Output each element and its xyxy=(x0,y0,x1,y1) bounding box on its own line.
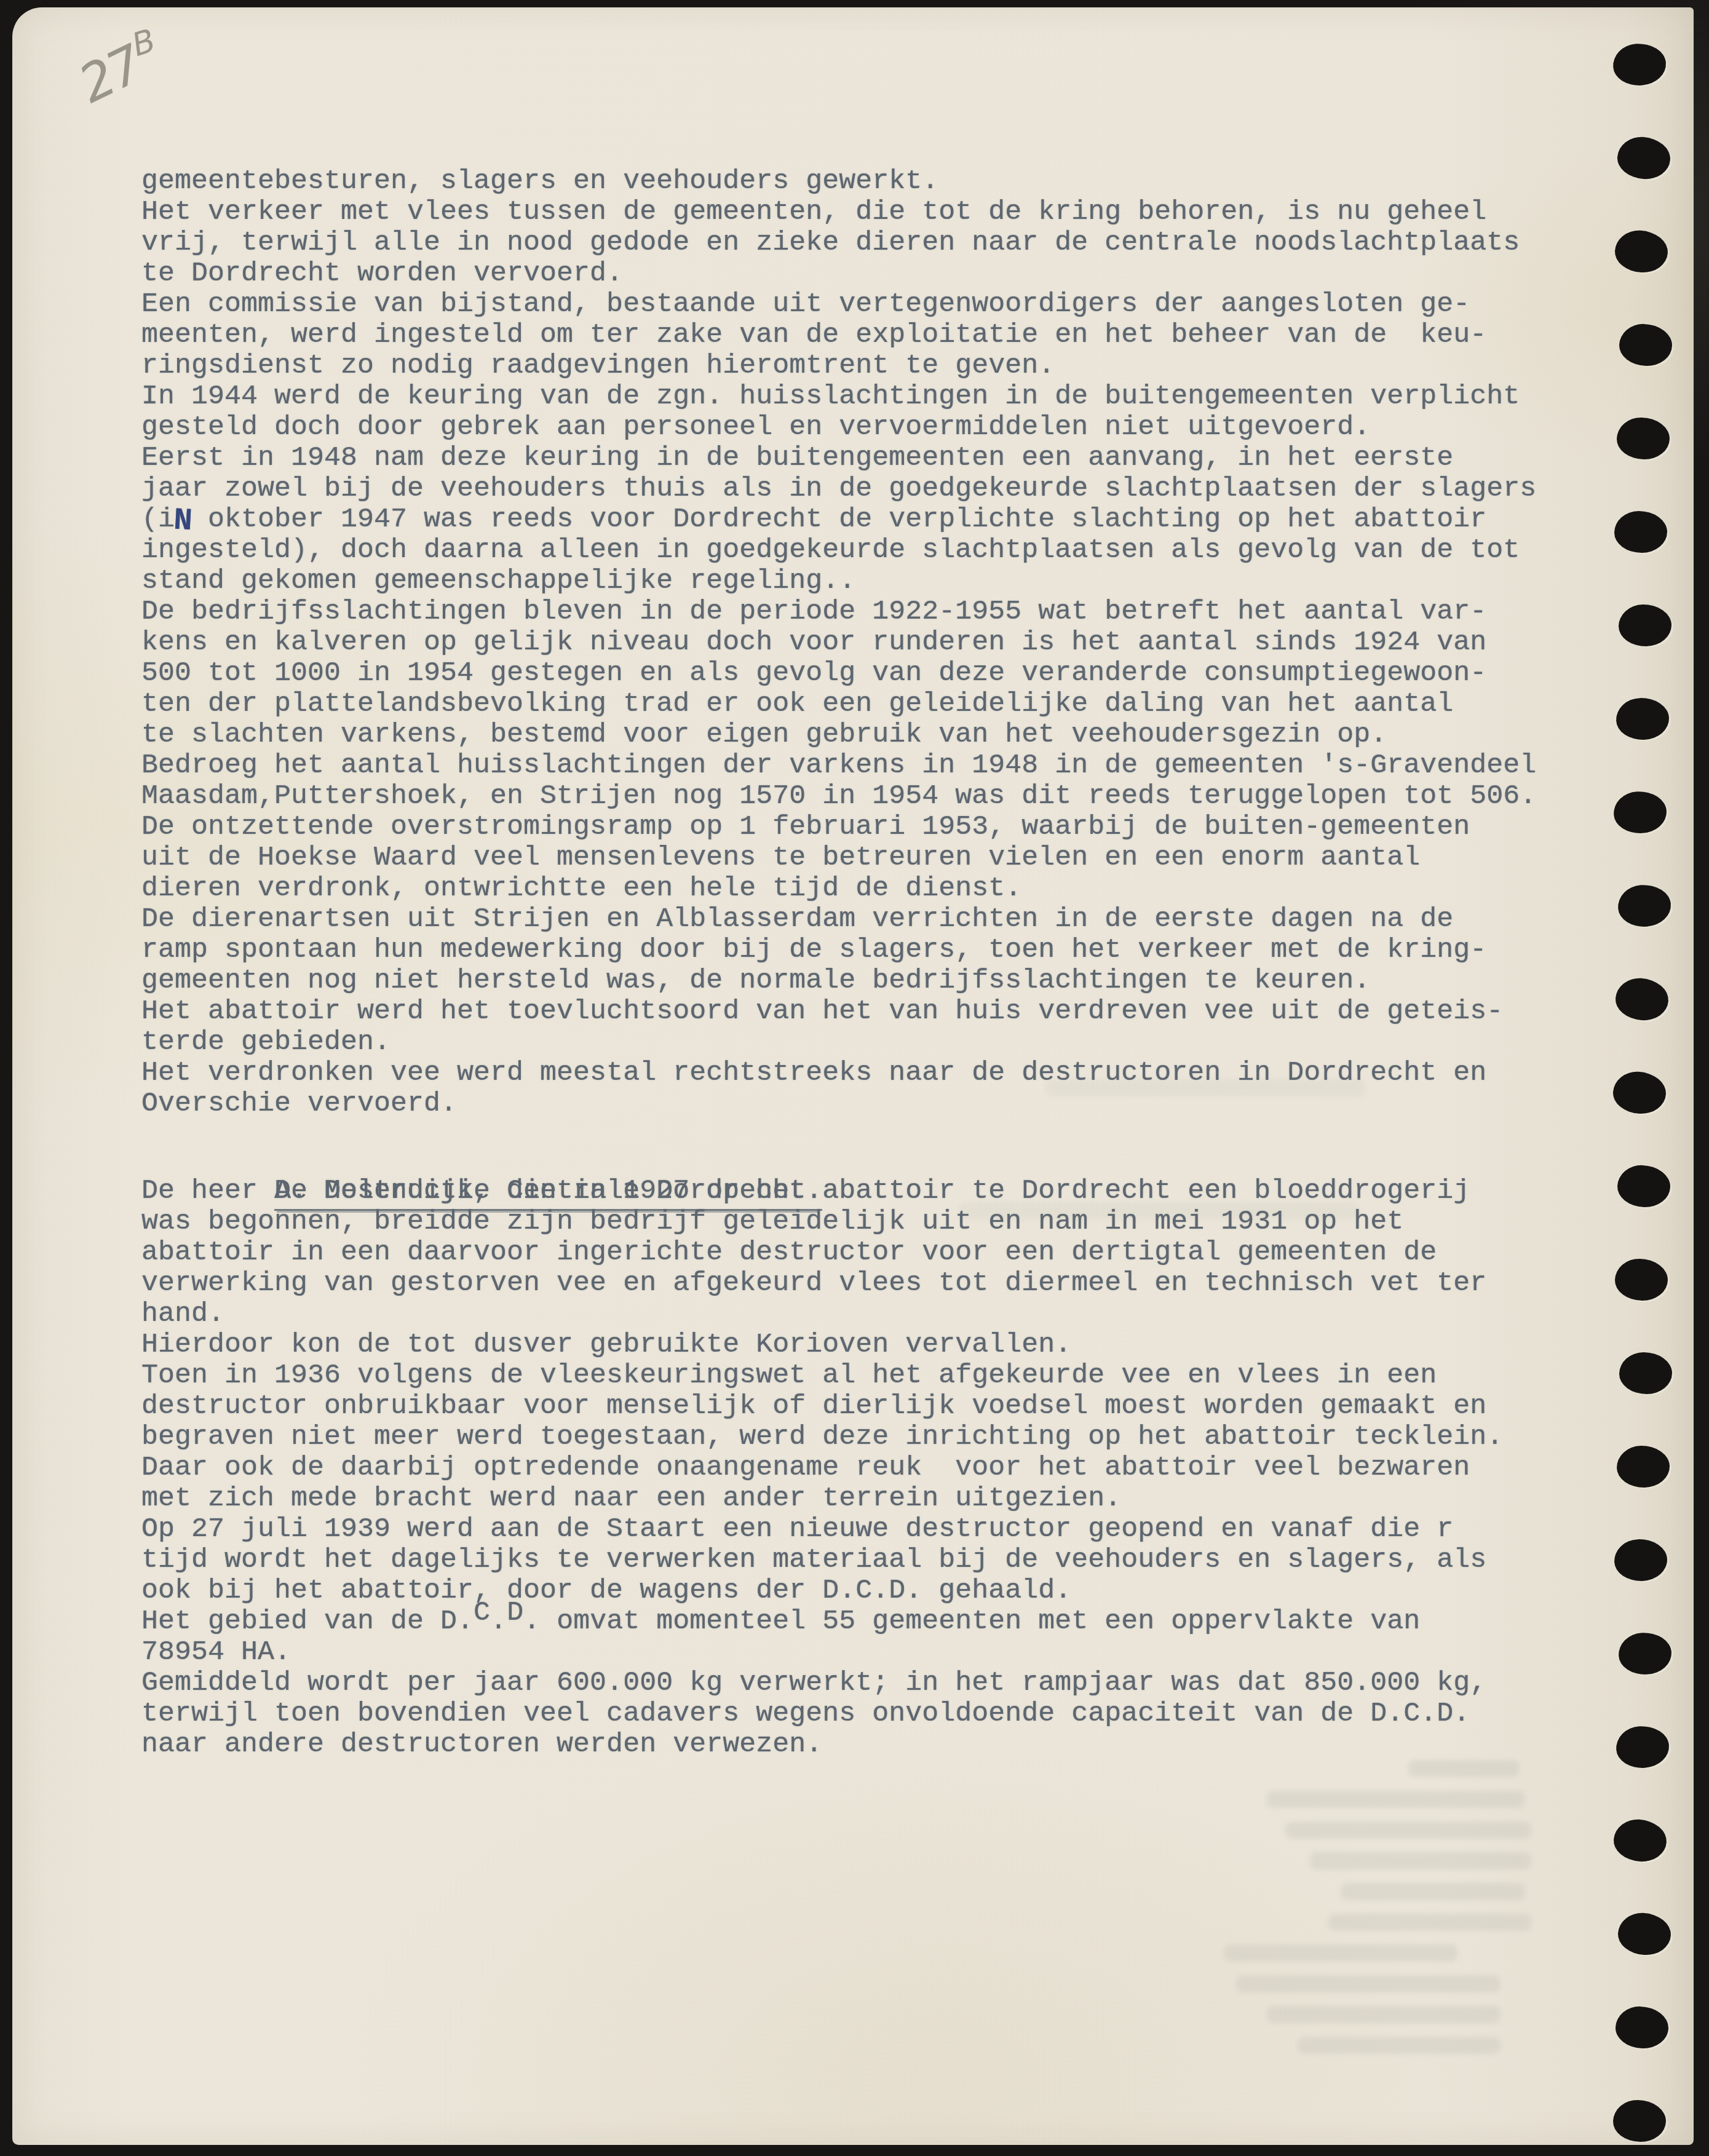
typed-line: ringsdienst zo nodig raadgevingen hierom… xyxy=(141,351,1580,381)
typed-line: 500 tot 1000 in 1954 gestegen en als gev… xyxy=(141,658,1580,689)
bleed-through-smudge xyxy=(1236,1975,1501,1992)
typed-line: verwerking van gestorven vee en afgekeur… xyxy=(141,1268,1580,1299)
typed-line: Maasdam,Puttershoek, en Strijen nog 1570… xyxy=(141,781,1580,812)
typed-line: ten der plattelandsbevolking trad er ook… xyxy=(141,689,1580,719)
typed-line: 78954 HA. xyxy=(141,1637,1580,1668)
typed-line: begraven niet meer werd toegestaan, werd… xyxy=(141,1422,1580,1453)
typed-line: terwijl toen bovendien veel cadavers weg… xyxy=(141,1698,1580,1729)
typed-line: Het gebied van de D.C.D. omvat momenteel… xyxy=(141,1606,1580,1637)
typed-line: De heer A. Molendijk, die in 1927 op het… xyxy=(141,1176,1580,1207)
typed-line: gesteld doch door gebrek aan personeel e… xyxy=(141,412,1580,443)
typed-line: Het verkeer met vlees tussen de gemeente… xyxy=(141,197,1580,228)
handwritten-page-number: 27B xyxy=(69,24,170,114)
typed-line: uit de Hoekse Waard veel mensenlevens te… xyxy=(141,842,1580,873)
typed-line: kens en kalveren op gelijk niveau doch v… xyxy=(141,627,1580,658)
typed-line: Het abattoir werd het toevluchtsoord van… xyxy=(141,996,1580,1027)
bleed-through-smudge xyxy=(1408,1760,1519,1777)
typed-line: dieren verdronk, ontwrichtte een hele ti… xyxy=(141,873,1580,904)
typed-line: was begonnen, breidde zijn bedrijf gelei… xyxy=(141,1207,1580,1237)
typed-line: Een commissie van bijstand, bestaande ui… xyxy=(141,289,1580,320)
typed-line: hand. xyxy=(141,1299,1580,1330)
typed-line: (iN oktober 1947 was reeds voor Dordrech… xyxy=(141,504,1580,535)
typed-line: ramp spontaan hun medewerking door bij d… xyxy=(141,935,1580,965)
typed-line: Bedroeg het aantal huisslachtingen der v… xyxy=(141,750,1580,781)
typed-line: De dierenartsen uit Strijen en Alblasser… xyxy=(141,904,1580,935)
typed-line: Overschie vervoerd. xyxy=(141,1088,1580,1119)
typed-line: Op 27 juli 1939 werd aan de Staart een n… xyxy=(141,1514,1580,1545)
typed-line: Gemiddeld wordt per jaar 600.000 kg verw… xyxy=(141,1668,1580,1698)
typed-line: De bedrijfsslachtingen bleven in de peri… xyxy=(141,596,1580,627)
typed-line: Hierdoor kon de tot dusver gebruikte Kor… xyxy=(141,1330,1580,1360)
typed-line: terde gebieden. xyxy=(141,1027,1580,1058)
typed-line: gemeentebesturen, slagers en veehouders … xyxy=(141,166,1580,197)
bleed-through-smudge xyxy=(1267,2006,1501,2023)
document-page: 27B gemeentebesturen, slagers en veehoud… xyxy=(12,7,1694,2145)
typed-line: met zich mede bracht werd naar een ander… xyxy=(141,1483,1580,1514)
typed-line: Eerst in 1948 nam deze keuring in de bui… xyxy=(141,443,1580,474)
bleed-through-smudge xyxy=(1224,1944,1457,1962)
bleed-through-smudge xyxy=(1310,1852,1531,1869)
typed-line: jaar zowel bij de veehouders thuis als i… xyxy=(141,474,1580,504)
typed-line: stand gekomen gemeenschappelijke regelin… xyxy=(141,566,1580,596)
typed-line: meenten, werd ingesteld om ter zake van … xyxy=(141,320,1580,351)
typed-line: abattoir in een daarvoor ingerichte dest… xyxy=(141,1237,1580,1268)
typed-line: Daar ook de daarbij optredende onaangena… xyxy=(141,1453,1580,1483)
bleed-through-smudge xyxy=(959,1202,1359,1219)
bleed-through-smudge xyxy=(1285,1821,1531,1839)
typed-line: vrij, terwijl alle in nood gedode en zie… xyxy=(141,228,1580,258)
typed-line: ingesteld), doch daarna alleen in goedge… xyxy=(141,535,1580,566)
typed-line: De ontzettende overstromingsramp op 1 fe… xyxy=(141,812,1580,842)
bleed-through-smudge xyxy=(1328,1914,1531,1931)
typed-line: gemeenten nog niet hersteld was, de norm… xyxy=(141,965,1580,996)
typed-line: In 1944 werd de keuring van de zgn. huis… xyxy=(141,381,1580,412)
body-text-bottom: De heer A. Molendijk, die in 1927 op het… xyxy=(141,1176,1580,1760)
bleed-through-smudge xyxy=(1298,2037,1501,2054)
bleed-through-smudge xyxy=(1045,1079,1365,1096)
typed-line: destructor onbruikbaar voor menselijk of… xyxy=(141,1391,1580,1422)
scan-background: 27B gemeentebesturen, slagers en veehoud… xyxy=(0,0,1709,2156)
typed-line: te slachten varkens, bestemd voor eigen … xyxy=(141,719,1580,750)
typed-line: te Dordrecht worden vervoerd. xyxy=(141,258,1580,289)
typed-line: ook bij het abattoir, door de wagens der… xyxy=(141,1575,1580,1606)
body-text-top: gemeentebesturen, slagers en veehouders … xyxy=(141,166,1580,1119)
typed-line: tijd wordt het dagelijks te verwerken ma… xyxy=(141,1545,1580,1575)
bleed-through-smudge xyxy=(1341,1883,1525,1900)
bleed-through-smudge xyxy=(1267,1791,1525,1808)
typed-line: naar andere destructoren werden verwezen… xyxy=(141,1729,1580,1760)
typed-line: Toen in 1936 volgens de vleeskeuringswet… xyxy=(141,1360,1580,1391)
typed-text: gemeentebesturen, slagers en veehouders … xyxy=(141,166,1580,1760)
section-heading-line: De Destructie Centrale Dordrecht. xyxy=(141,1145,1580,1176)
